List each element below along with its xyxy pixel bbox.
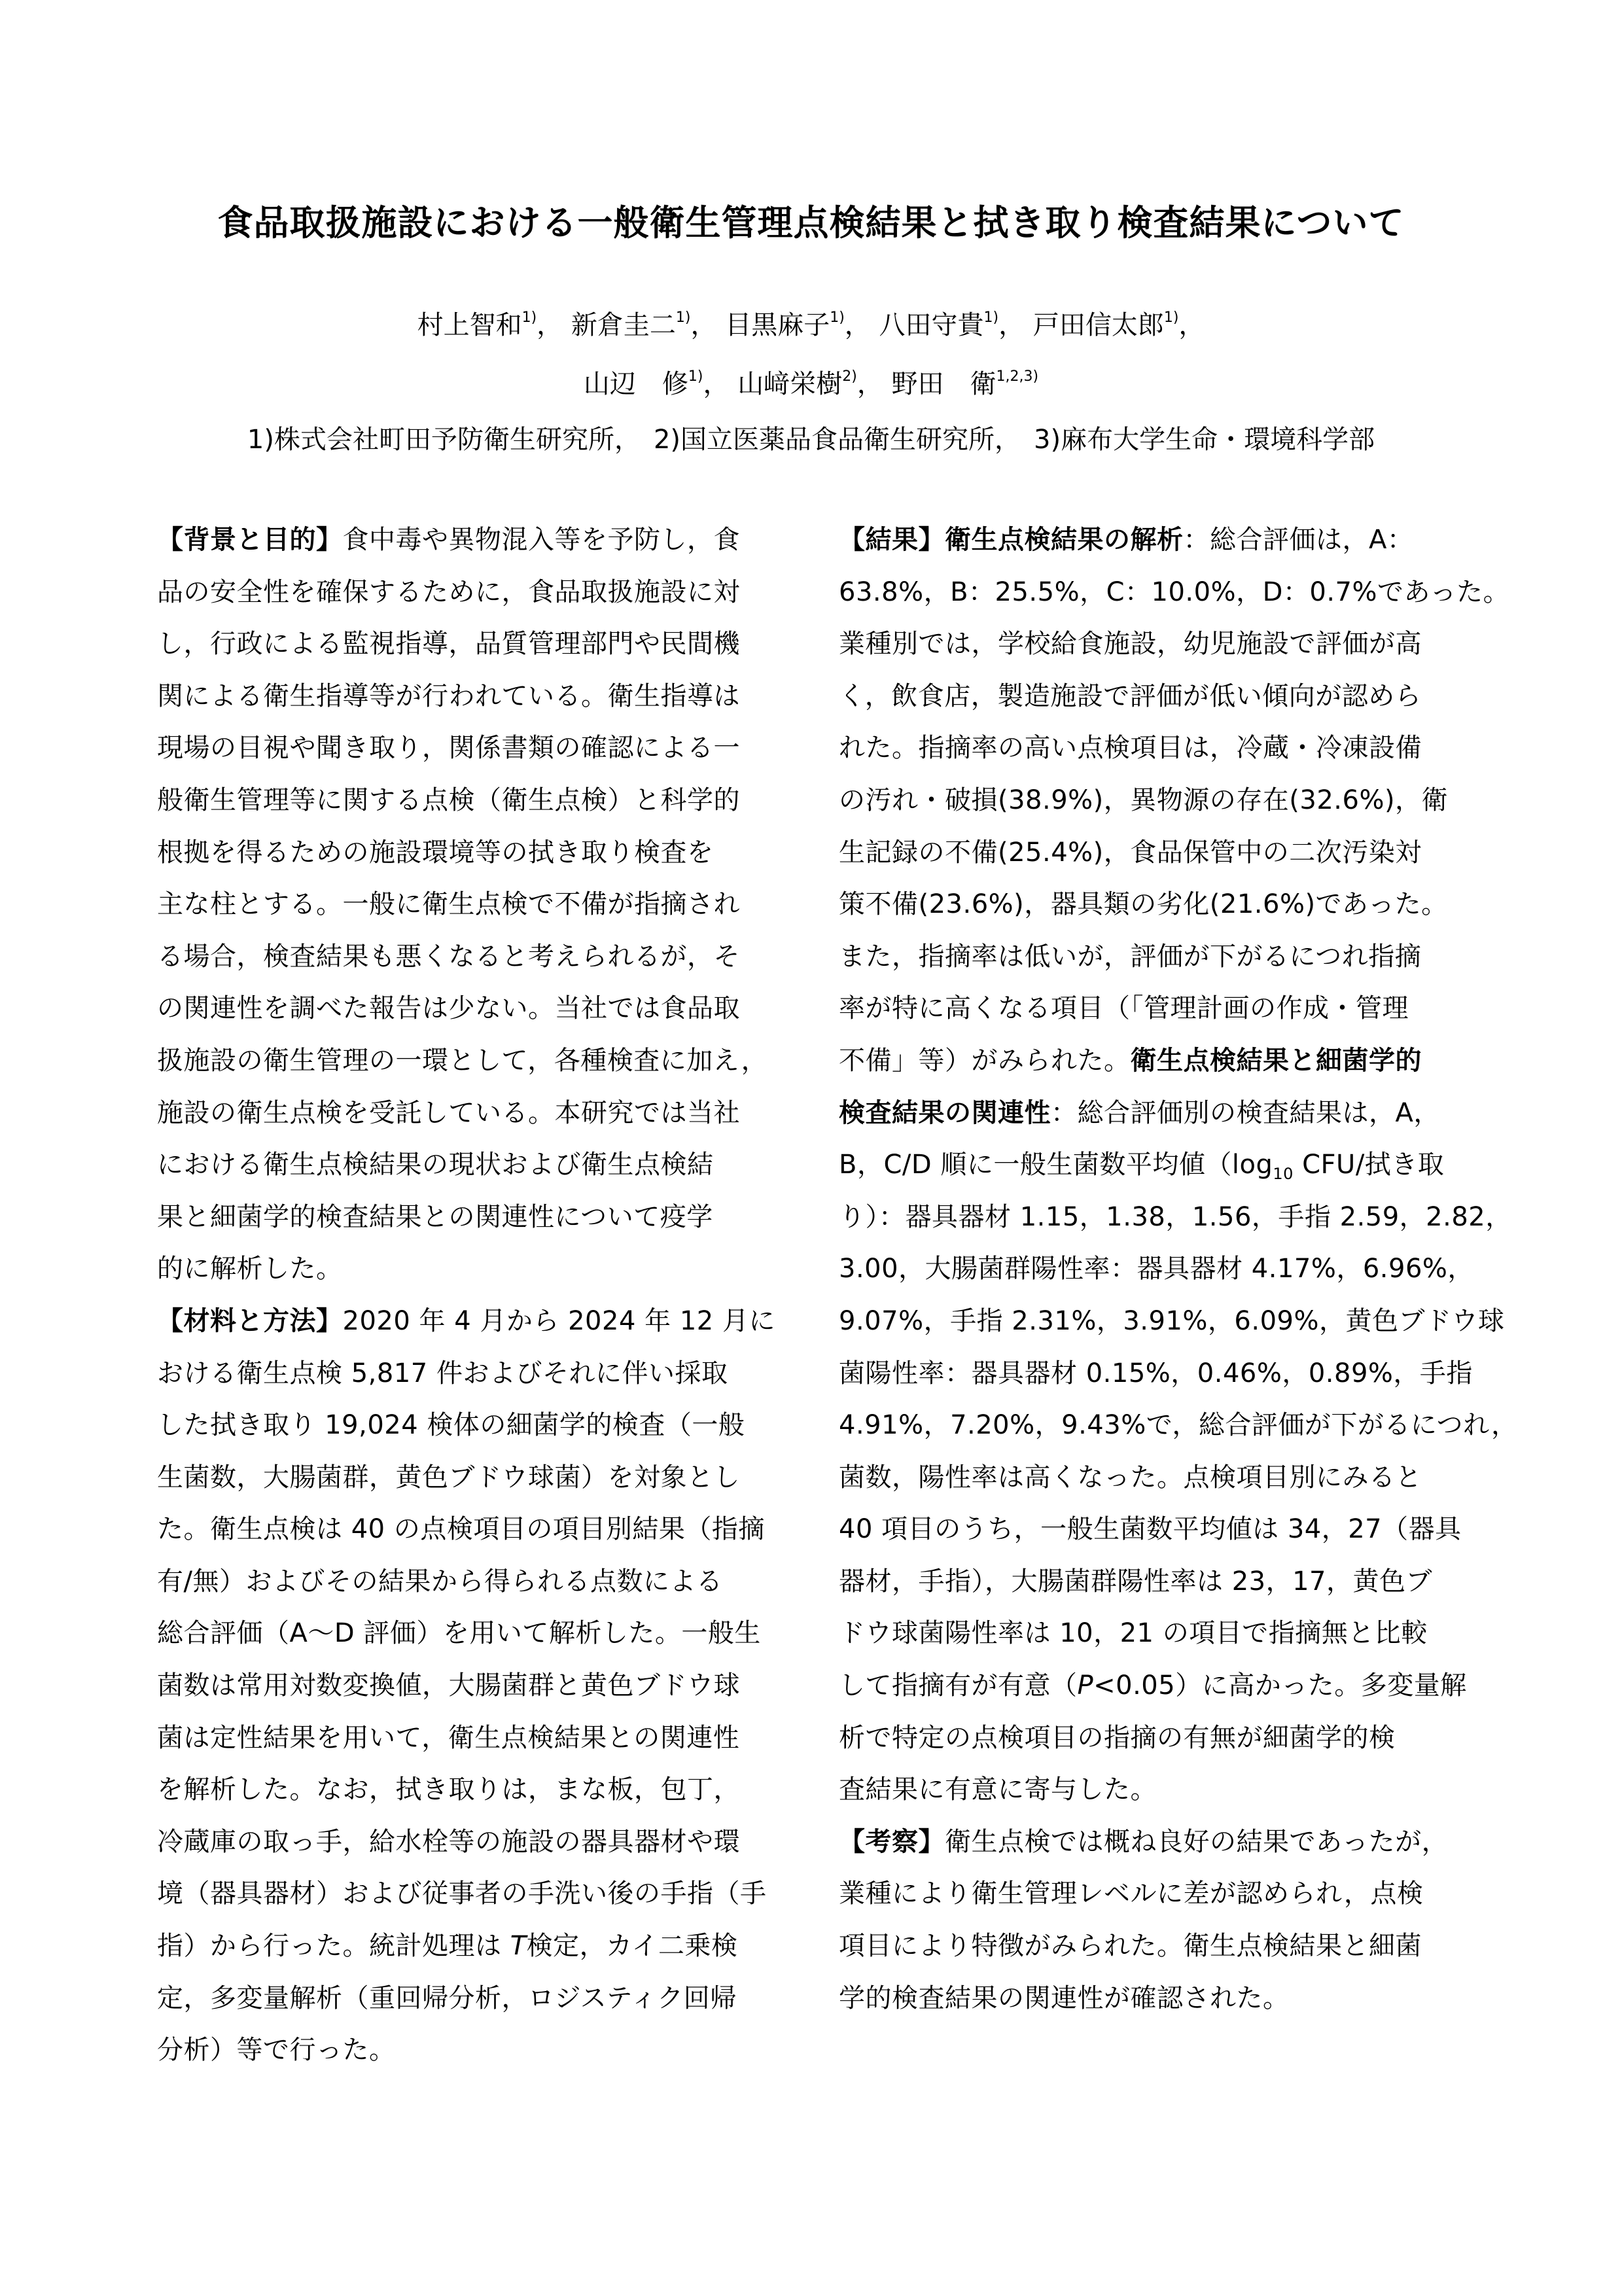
section-heading-discussion: 【考察】 <box>839 1827 945 1857</box>
author: 野田 衛1,2,3) <box>892 369 1039 399</box>
discussion-line: 項目により特徴がみられた。衛生点検結果と細菌 <box>839 1926 1477 1979</box>
background-line: 品の安全性を確保するために，食品取扱施設に対 <box>157 573 795 625</box>
methods-line: 冷蔵庫の取っ手，給水栓等の施設の器具器材や環 <box>157 1822 795 1875</box>
background-line: の関連性を調べた報告は少ない。当社では食品取 <box>157 989 795 1041</box>
author-list-line-1: 村上智和1)， 新倉圭二1)， 目黒麻子1)， 八田守貴1)， 戸田信太郎1)， <box>0 304 1622 342</box>
methods-line: 境（器具器材）および従事者の手洗い後の手指（手 <box>157 1874 795 1926</box>
background-line: における衛生点検結果の現状および衛生点検結 <box>157 1145 795 1197</box>
paper-title: 食品取扱施設における一般衛生管理点検結果と拭き取り検査結果について <box>0 195 1622 245</box>
author: 山辺 修1)， <box>584 369 730 399</box>
background-line: 般衛生管理等に関する点検（衛生点検）と科学的 <box>157 781 795 833</box>
results-line: れた。指摘率の高い点検項目は，冷蔵・冷凍設備 <box>839 728 1477 781</box>
methods-line: 分析）等で行った。 <box>157 2030 795 2083</box>
results-line: 策不備(23.6%)，器具類の劣化(21.6%)であった。 <box>839 885 1477 937</box>
methods-line: 指）から行った。統計処理は T検定，カイ二乗検 <box>157 1926 795 1979</box>
author: 新倉圭二1)， <box>571 310 717 340</box>
affiliations: 1)株式会社町田予防衛生研究所， 2)国立医薬品食品衛生研究所， 3)麻布大学生… <box>0 419 1622 456</box>
results-line: り）：器具器材 1.15，1.38，1.56，手指 2.59，2.82， <box>839 1197 1477 1250</box>
results-line: 菌数，陽性率は高くなった。点検項目別にみると <box>839 1458 1477 1510</box>
background-line: 【背景と目的】食中毒や異物混入等を予防し，食 <box>157 520 795 573</box>
methods-line: 生菌数，大腸菌群，黄色ブドウ球菌）を対象とし <box>157 1458 795 1510</box>
author-list-line-2: 山辺 修1)， 山﨑栄樹2)， 野田 衛1,2,3) <box>0 363 1622 400</box>
results-line: 率が特に高くなる項目（「管理計画の作成・管理 <box>839 989 1477 1041</box>
background-line: 的に解析した。 <box>157 1249 795 1301</box>
discussion-line: 業種により衛生管理レベルに差が認められ，点検 <box>839 1874 1477 1926</box>
background-line: る場合，検査結果も悪くなると考えられるが，そ <box>157 937 795 989</box>
methods-line: 総合評価（A～D 評価）を用いて解析した。一般生 <box>157 1614 795 1666</box>
results-line: く，飲食店，製造施設で評価が低い傾向が認めら <box>839 677 1477 729</box>
author: 山﨑栄樹2)， <box>737 369 883 399</box>
author: 戸田信太郎1)， <box>1033 310 1205 340</box>
results-line: 検査結果の関連性：総合評価別の検査結果は，A， <box>839 1093 1477 1146</box>
left-column: 【背景と目的】食中毒や異物混入等を予防し，食 品の安全性を確保するために，食品取… <box>157 520 795 2083</box>
methods-line: した拭き取り 19,024 検体の細菌学的検査（一般 <box>157 1405 795 1458</box>
methods-line: 定，多変量解析（重回帰分析，ロジスティク回帰 <box>157 1979 795 2031</box>
results-line: B，C/D 順に一般生菌数平均値（log10 CFU/拭き取 <box>839 1145 1477 1197</box>
background-line: 主な柱とする。一般に衛生点検で不備が指摘され <box>157 885 795 937</box>
methods-line: おける衛生点検 5,817 件およびそれに伴い採取 <box>157 1354 795 1406</box>
author: 村上智和1)， <box>417 310 563 340</box>
methods-line: を解析した。なお，拭き取りは，まな板，包丁， <box>157 1770 795 1822</box>
background-line: 扱施設の衛生管理の一環として，各種検査に加え， <box>157 1041 795 1093</box>
section-heading-results: 【結果】 <box>839 525 945 555</box>
author: 目黒麻子1)， <box>725 310 871 340</box>
methods-line: 有/無）およびその結果から得られる点数による <box>157 1562 795 1614</box>
discussion-line: 学的検査結果の関連性が確認された。 <box>839 1979 1477 2031</box>
results-line: 63.8%，B：25.5%，C：10.0%，D：0.7%であった。 <box>839 573 1477 625</box>
methods-line: 【材料と方法】2020 年 4 月から 2024 年 12 月に <box>157 1301 795 1354</box>
background-line: 施設の衛生点検を受託している。本研究では当社 <box>157 1093 795 1146</box>
subheading-inspection-analysis: 衛生点検結果の解析 <box>945 525 1184 555</box>
background-line: 根拠を得るための施設環境等の拭き取り検査を <box>157 833 795 885</box>
results-line: の汚れ・破損(38.9%)，異物源の存在(32.6%)，衛 <box>839 781 1477 833</box>
results-line: して指摘有が有意（P<0.05）に高かった。多変量解 <box>839 1666 1477 1718</box>
results-line: 40 項目のうち，一般生菌数平均値は 34，27（器具 <box>839 1510 1477 1562</box>
results-line: ドウ球菌陽性率は 10，21 の項目で指摘無と比較 <box>839 1614 1477 1666</box>
results-line: 3.00，大腸菌群陽性率：器具器材 4.17%，6.96%， <box>839 1249 1477 1301</box>
background-line: し，行政による監視指導，品質管理部門や民間機 <box>157 624 795 677</box>
subheading-correlation: 衛生点検結果と細菌学的 <box>1131 1046 1422 1076</box>
section-heading-background: 【背景と目的】 <box>157 525 343 555</box>
background-line: 現場の目視や聞き取り，関係書類の確認による一 <box>157 728 795 781</box>
background-line: 果と細菌学的検査結果との関連性について疫学 <box>157 1197 795 1250</box>
section-heading-methods: 【材料と方法】 <box>157 1306 343 1336</box>
results-line: 業種別では，学校給食施設，幼児施設で評価が高 <box>839 624 1477 677</box>
results-line: 析で特定の点検項目の指摘の有無が細菌学的検 <box>839 1718 1477 1771</box>
results-line: 4.91%，7.20%，9.43%で，総合評価が下がるにつれ， <box>839 1405 1477 1458</box>
results-line: また，指摘率は低いが，評価が下がるにつれ指摘 <box>839 937 1477 989</box>
discussion-line: 【考察】衛生点検では概ね良好の結果であったが， <box>839 1822 1477 1875</box>
methods-line: た。衛生点検は 40 の点検項目の項目別結果（指摘 <box>157 1510 795 1562</box>
results-line: 【結果】衛生点検結果の解析：総合評価は，A： <box>839 520 1477 573</box>
results-line: 査結果に有意に寄与した。 <box>839 1770 1477 1822</box>
methods-line: 菌は定性結果を用いて，衛生点検結果との関連性 <box>157 1718 795 1771</box>
right-column: 【結果】衛生点検結果の解析：総合評価は，A： 63.8%，B：25.5%，C：1… <box>839 520 1477 2030</box>
results-line: 菌陽性率：器具器材 0.15%，0.46%，0.89%，手指 <box>839 1354 1477 1406</box>
methods-line: 菌数は常用対数変換値，大腸菌群と黄色ブドウ球 <box>157 1666 795 1718</box>
results-line: 9.07%，手指 2.31%，3.91%，6.09%，黄色ブドウ球 <box>839 1301 1477 1354</box>
results-line: 器材，手指），大腸菌群陽性率は 23，17，黄色ブ <box>839 1562 1477 1614</box>
background-line: 関による衛生指導等が行われている。衛生指導は <box>157 677 795 729</box>
results-line: 生記録の不備(25.4%)，食品保管中の二次汚染対 <box>839 833 1477 885</box>
author: 八田守貴1)， <box>879 310 1025 340</box>
results-line: 不備」等）がみられた。衛生点検結果と細菌学的 <box>839 1041 1477 1093</box>
